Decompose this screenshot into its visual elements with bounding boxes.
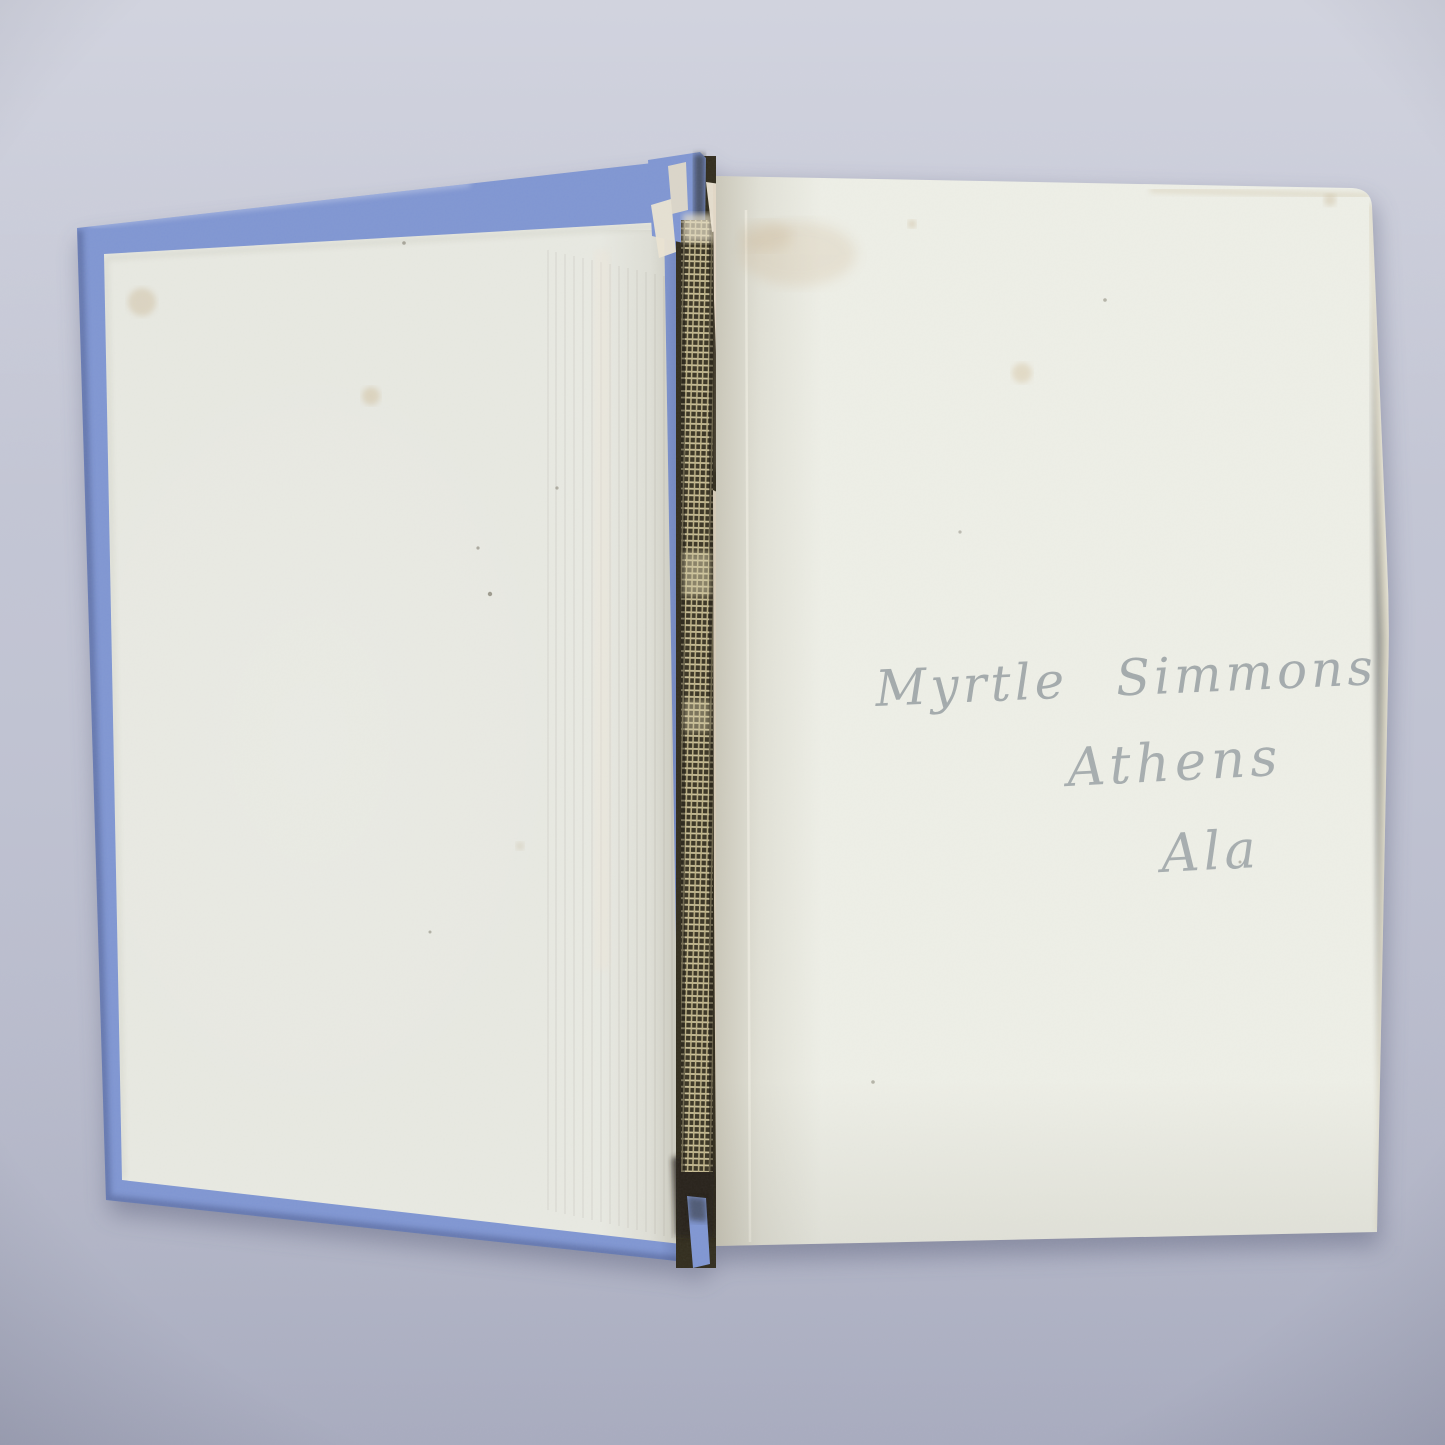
photo-of-open-book: Myrtle Simmons Athens Ala [0, 0, 1445, 1445]
photo-vignette [0, 0, 1445, 1445]
